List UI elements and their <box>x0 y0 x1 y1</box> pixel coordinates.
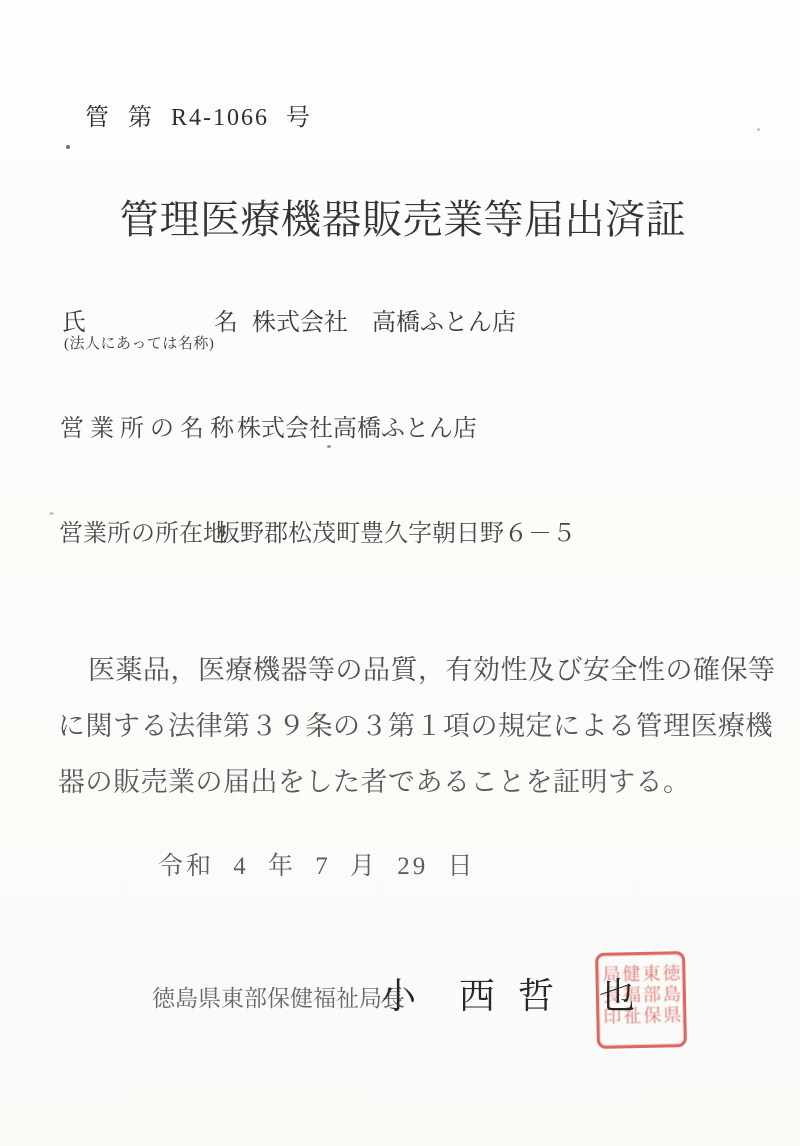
name-label-right: 名 <box>214 302 238 337</box>
statement-line-3: 器の販売業の届出をした者であることを証明する。 <box>58 754 758 810</box>
scan-speck <box>757 128 760 131</box>
name-value: 株式会社 高橋ふとん店 <box>252 302 516 337</box>
signer-office-title: 徳島県東部保健福祉局長 <box>152 980 405 1013</box>
statement-line-1: 医薬品，医療機器等の品質，有効性及び安全性の確保等 <box>58 642 758 698</box>
office-name-value: 株式会社高橋ふとん店 <box>237 408 477 443</box>
scan-speck <box>66 145 70 149</box>
name-sublabel: (法人にあっては名称) <box>64 332 214 353</box>
document-number: 管 第 R4-1066 号 <box>85 97 312 132</box>
signer-family-name: 小 西 <box>380 968 512 1019</box>
scan-speck <box>49 512 54 515</box>
office-address-label-text: 営業所の所在地 <box>59 513 227 548</box>
certification-statement: 医薬品，医療機器等の品質，有効性及び安全性の確保等 に関する法律第３９条の３第１… <box>58 642 758 810</box>
statement-line-2: に関する法律第３９条の３第１項の規定による管理医療機 <box>58 698 758 754</box>
office-address-value: 板野郡松茂町豊久字朝日野６－５ <box>216 513 576 548</box>
signer-given-name: 哲 也 <box>518 968 653 1019</box>
issue-date: 令和 4 年 7 月 29 日 <box>158 846 476 882</box>
certificate-document: 管 第 R4-1066 号 管理医療機器販売業等届出済証 氏 名 (法人にあって… <box>0 0 800 1146</box>
office-name-label-text: 営 業 所 の 名 称 <box>60 408 234 443</box>
scan-speck <box>327 445 331 448</box>
office-name-label: 営 業 所 の 名 称 <box>60 408 212 443</box>
page-title: 管理医療機器販売業等届出済証 <box>119 188 686 245</box>
office-address-label: 営業所の所在地 <box>59 513 214 548</box>
